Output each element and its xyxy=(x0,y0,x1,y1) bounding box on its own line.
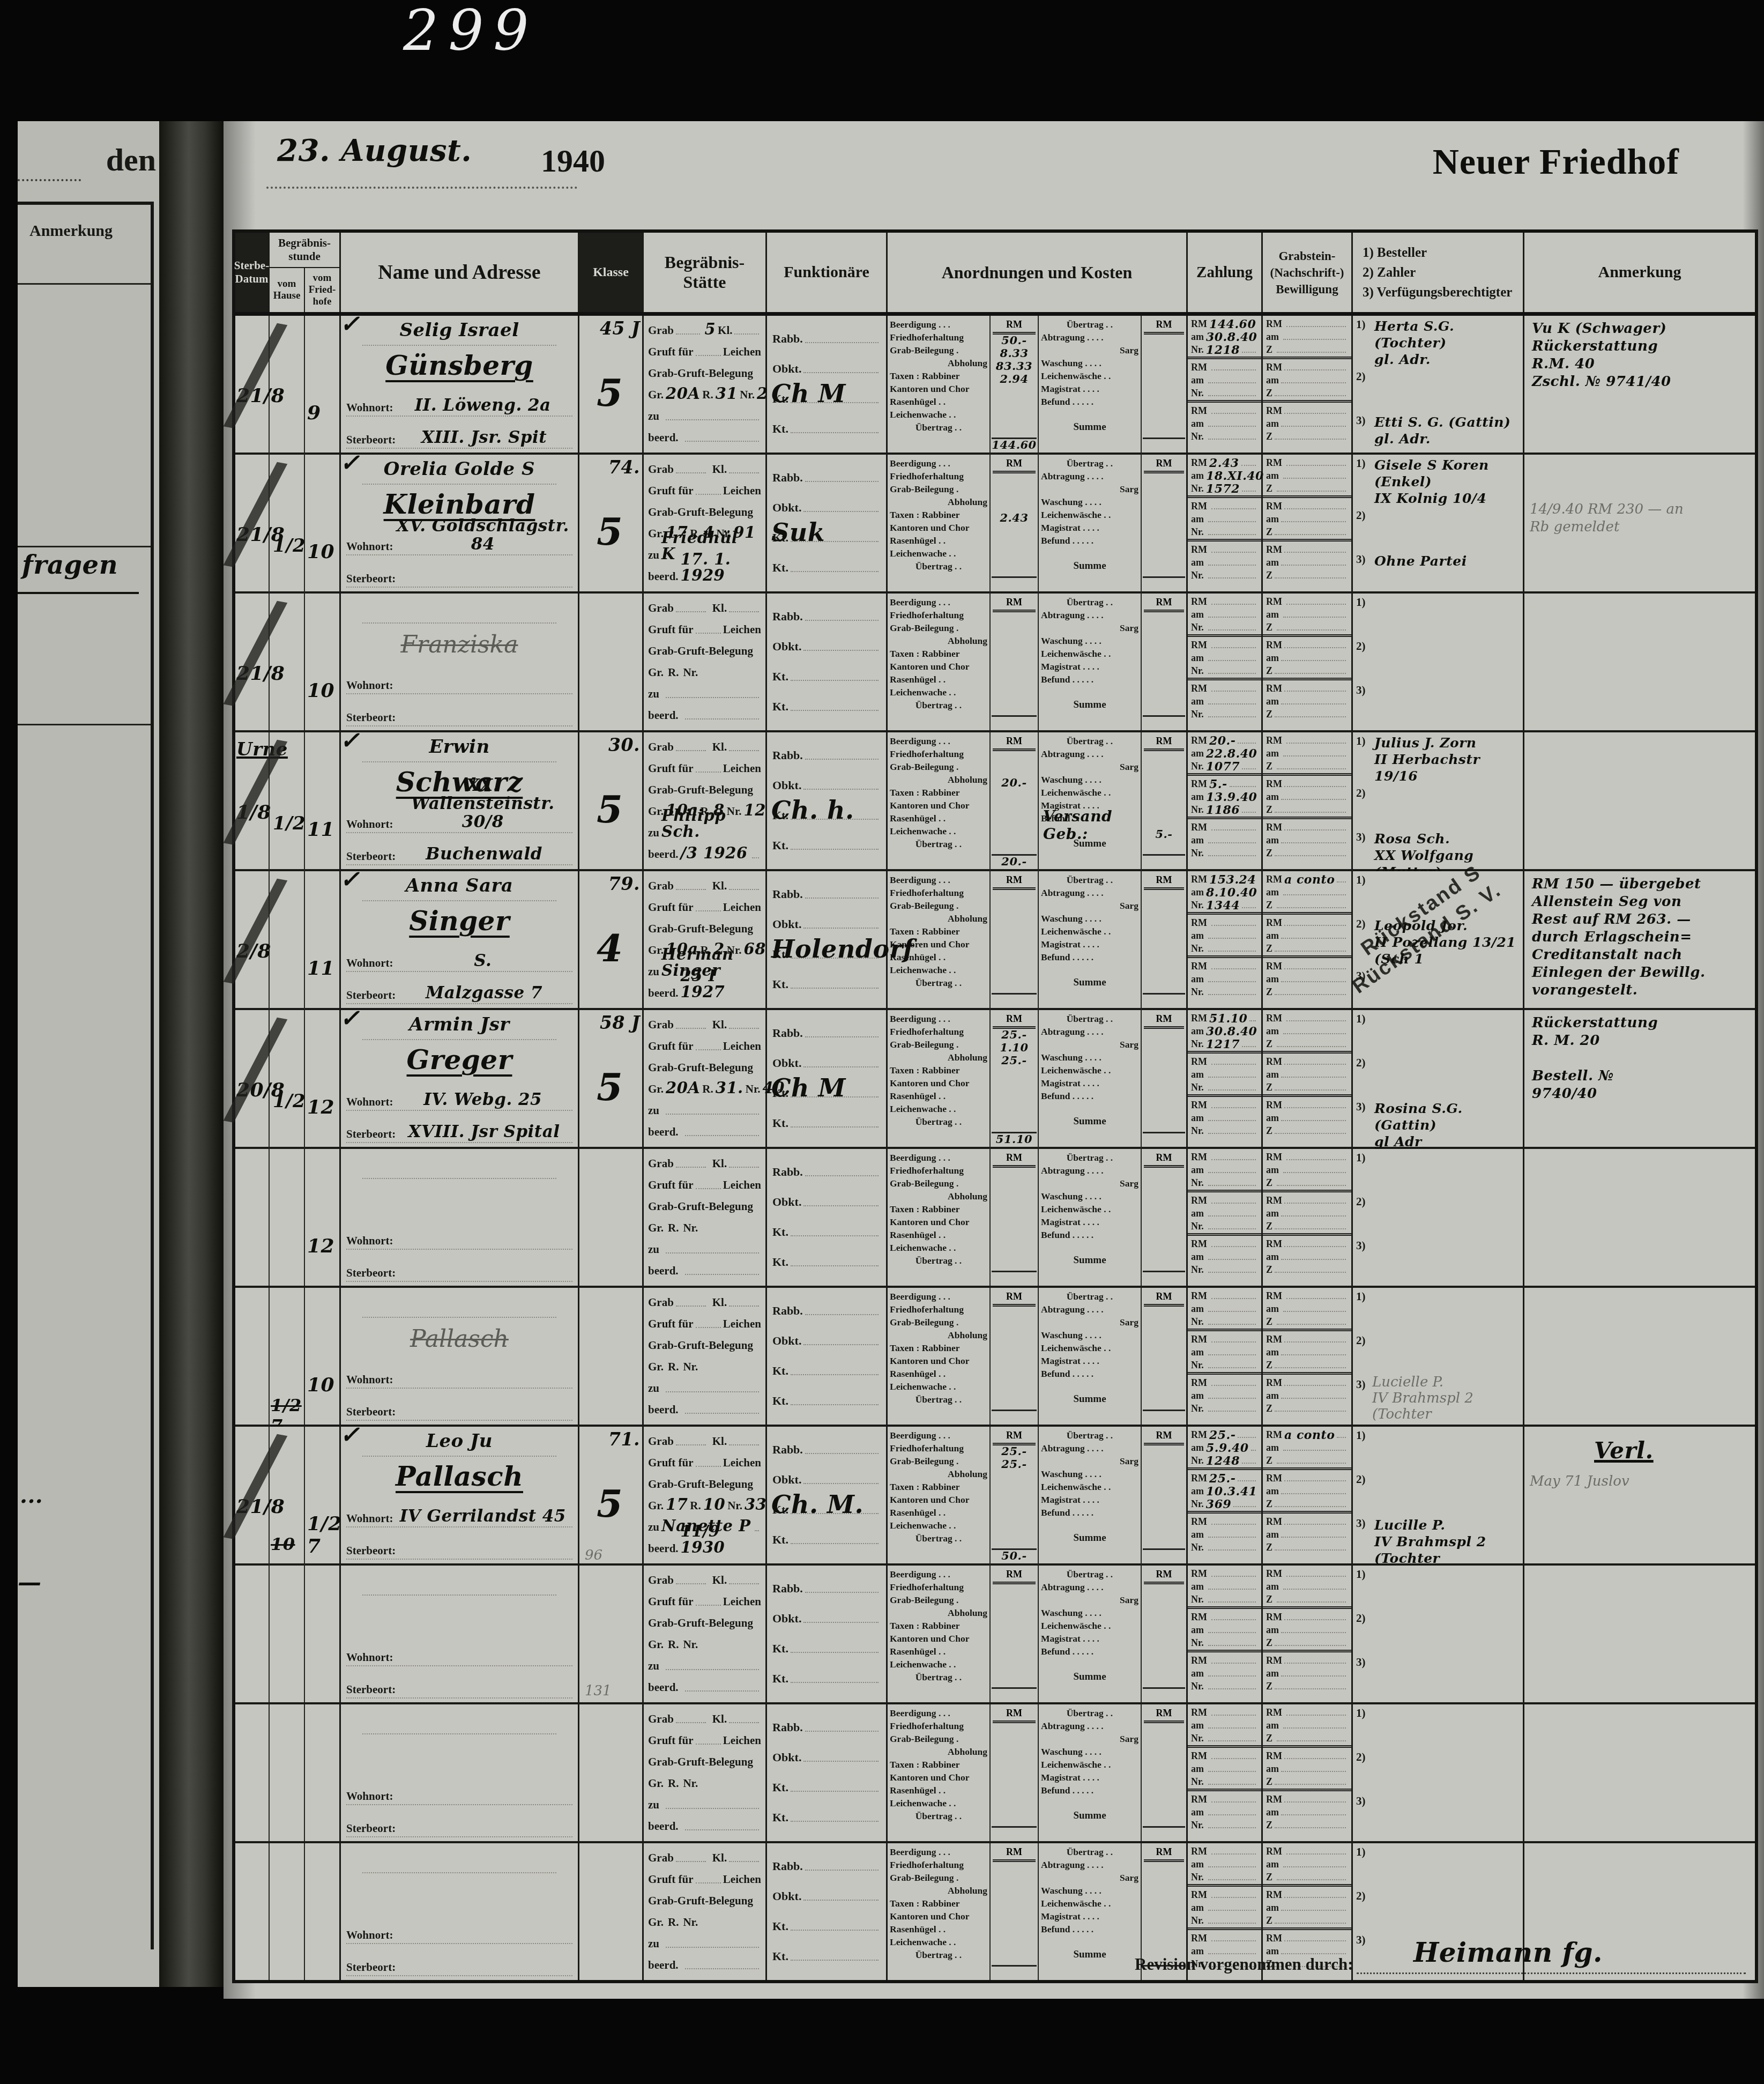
first-name-value: Leo Ju xyxy=(426,1430,493,1452)
uebertrag-value: 20.- xyxy=(992,854,1037,869)
zahlung-am-1: 30.8.40 xyxy=(1206,332,1257,343)
sterbe-datum-value: 2/8 xyxy=(236,940,271,962)
cell-zahlung: RM am Nr. RM am Nr. RM am Nr. xyxy=(1188,1149,1263,1286)
cell-anmerkung: 14/9.40 RM 230 — an Rb gemeldet xyxy=(1524,455,1755,595)
r-label: R. xyxy=(668,1916,679,1929)
cell-kosten-labels-2: Übertrag . . Abtragung . . . . Sarg Wasc… xyxy=(1039,1566,1142,1702)
nr-label: Nr. xyxy=(727,1499,742,1512)
cell-kosten-werte-1: RM xyxy=(991,1566,1039,1702)
row-rule xyxy=(18,724,151,725)
cell-stunde-vom-hause xyxy=(270,1149,305,1286)
grab-label: Grab xyxy=(648,1296,674,1309)
grab-line: Grab Kl. xyxy=(644,1427,765,1448)
stunde-friedhof-value: 11 xyxy=(307,957,334,980)
cell-kosten-labels-1: Beerdigung . . . Friedhoferhaltung Grab-… xyxy=(888,1427,991,1567)
register-row: / Urne 1/8 1/2 11 ✓ Erwin Schwarz Wohnor… xyxy=(235,732,1755,871)
first-name-line xyxy=(362,594,556,624)
cell-funktionaere: Rabb. Obkt. Kt. Kt. xyxy=(767,1566,888,1702)
cell-begraebnis-staette: Grab Kl. Gruft für Leichen Grab-Gruft-Be… xyxy=(644,594,767,730)
anmerkung-ink-value xyxy=(1524,1704,1755,1709)
zahlung-nr-1: 1217 xyxy=(1206,1039,1240,1050)
first-name-line: Armin Jsr xyxy=(362,1010,556,1040)
page-number-handwritten: 299 xyxy=(403,0,539,63)
wohnort-line: Wohnort: xyxy=(346,1912,572,1944)
cell-begraebnis-staette: Grab Kl. Gruft für Leichen Grab-Gruft-Be… xyxy=(644,1288,767,1425)
register-row: / 21/8 10 Franziska Wohnort: Sterbeort: xyxy=(235,594,1755,732)
gruft-line: Gruft für Leichen xyxy=(644,893,765,914)
zahlung-block-1: RM am Nr. xyxy=(1188,1704,1261,1745)
sterbeort-line: Sterbeort: xyxy=(346,1805,572,1837)
zahlung-block-3: RM am Nr. xyxy=(1188,1372,1261,1415)
beerd-value: 17. 1. 1929 xyxy=(681,551,755,583)
belegung-label: Grab-Gruft-Belegung xyxy=(648,783,753,797)
verfuegungsberechtigter-value: Etti S. G. (Gattin) gl. Adr. xyxy=(1374,414,1520,456)
grab-line: Grab Kl. xyxy=(644,594,765,615)
cell-grabstein-bewilligung: RM am Z RM am Z RM am Z xyxy=(1263,594,1353,730)
cell-kosten-labels-2: Übertrag . . Abtragung . . . . Sarg Wasc… xyxy=(1039,455,1142,595)
cell-sterbe-datum: / 21/8 xyxy=(235,594,270,730)
cell-zahlung: RM25.- am5.9.40 Nr.1248 RM25.- am10.3.41… xyxy=(1188,1427,1263,1567)
gruft-line: Gruft für Leichen xyxy=(644,1587,765,1608)
obkt-label: Obkt. xyxy=(772,362,801,376)
ink-mark: ... xyxy=(20,1483,43,1508)
tick-mark: ✓ xyxy=(340,310,360,338)
cell-kosten-labels-2: Übertrag . . Abtragung . . . . Sarg Wasc… xyxy=(1039,732,1142,880)
cell-begraebnis-staette: Grab Kl. Gruft für Leichen Grab-Gruft-Be… xyxy=(644,732,767,880)
beerd-value: /3 1926 xyxy=(681,845,748,861)
surname-line: Singer xyxy=(341,901,578,940)
page-title: Neuer Friedhof xyxy=(1433,140,1679,183)
zu-label: zu xyxy=(648,1521,659,1534)
grabstein-block-3: RM am Z xyxy=(1263,678,1351,721)
cell-besteller: 1) 2) 3) xyxy=(1353,1704,1524,1841)
uebertrag-value: 51.10 xyxy=(992,1132,1037,1146)
rm-column-header: RM xyxy=(993,596,1036,612)
register-row: Wohnort: Sterbeort: Grab Kl. Gruft für xyxy=(235,1704,1755,1843)
grabstein-block-1: RM am Z xyxy=(1263,1010,1351,1051)
zahlung-rm-1: 20.- xyxy=(1209,736,1235,746)
beerd-line: beerd. 11/9 1930 xyxy=(644,1534,765,1555)
cell-klasse xyxy=(579,1704,644,1841)
stunde-friedhof-value: 10 xyxy=(307,540,334,563)
cell-begraebnis-staette: Grab Kl. Gruft für Leichen Grab-Gruft-Be… xyxy=(644,1149,767,1286)
grabstein-block-3: RM am Z xyxy=(1263,955,1351,999)
cell-kosten-labels-1: Beerdigung . . . Friedhoferhaltung Grab-… xyxy=(888,1843,991,1980)
grab-nummer-line: Gr. 20A R. 31. Nr. 40. xyxy=(644,1074,765,1096)
rm-column-header: RM xyxy=(993,457,1036,473)
grabstein-block-2: RM am Z xyxy=(1263,1190,1351,1233)
cell-stunde-vom-friedhofe: 1/2 7 xyxy=(305,1427,341,1567)
cell-name-adresse: Wohnort: Sterbeort: xyxy=(341,1149,579,1286)
belegung-label: Grab-Gruft-Belegung xyxy=(648,644,753,658)
rm-column-header: RM xyxy=(1144,873,1184,890)
cell-anmerkung: Verl. May 71 Juslov xyxy=(1524,1427,1755,1567)
cell-kosten-werte-2: RM xyxy=(1142,1149,1188,1286)
cell-kosten-werte-2: RM xyxy=(1142,1566,1188,1702)
r-value: 31. xyxy=(716,1080,743,1096)
klasse-value: 4 xyxy=(597,926,623,970)
zahlung-block-1: RM25.- am5.9.40 Nr.1248 xyxy=(1188,1427,1261,1467)
cell-grabstein-bewilligung: RM am Z RM am Z RM am Z xyxy=(1263,1010,1353,1150)
wohnort-label: Wohnort: xyxy=(346,1234,393,1248)
rm-column-header: RM xyxy=(1144,1012,1184,1029)
rabb-label: Rabb. xyxy=(772,887,803,901)
gr-label: Gr. xyxy=(648,388,664,402)
belegung-label: Grab-Gruft-Belegung xyxy=(648,922,753,936)
sterbeort-line: Sterbeort: xyxy=(346,1389,572,1421)
surname-struck-value: Pallasch xyxy=(410,1325,509,1353)
age-value: 74. xyxy=(608,457,640,478)
cell-kosten-werte-2: RM xyxy=(1142,1288,1188,1425)
rm-column-header: RM xyxy=(1144,1290,1184,1307)
rm-column-header: RM xyxy=(1144,1151,1184,1168)
rm-column-header: RM xyxy=(993,1429,1036,1445)
stunde-haus-value: 1/2 xyxy=(273,535,306,557)
summe-value xyxy=(1143,1132,1185,1146)
grab-nummer-line: Gr. R. Nr. xyxy=(644,1630,765,1651)
register-row: / 2/8 11 ✓ Anna Sara Singer Wohnort: S. … xyxy=(235,871,1755,1010)
zahlung-block-3: RM am Nr. xyxy=(1188,1233,1261,1277)
underline-stroke xyxy=(18,592,139,594)
wohnort-label: Wohnort: xyxy=(346,1790,393,1803)
surname-line xyxy=(341,1734,578,1773)
register-row: / 21/8 1/2 10 ✓ Orelia Golde S Kleinbard… xyxy=(235,455,1755,594)
cell-funktionaere: Rabb. Obkt. Kt. Kt. Ch. h. xyxy=(767,732,888,880)
zahlung-rm-1: 51.10 xyxy=(1209,1013,1247,1024)
cell-sterbe-datum xyxy=(235,1149,270,1286)
cell-begraebnis-staette: Grab Kl. Gruft für Leichen Grab-Gruft-Be… xyxy=(644,1010,767,1150)
wohnort-label: Wohnort: xyxy=(346,818,393,831)
rabb-label: Rabb. xyxy=(772,610,803,624)
cell-klasse: 74. 5 xyxy=(579,455,644,595)
belegung-line: Grab-Gruft-Belegung xyxy=(644,1192,765,1213)
zahlung-block-1: RM am Nr. xyxy=(1188,1288,1261,1329)
cell-klasse: 131 xyxy=(579,1566,644,1702)
grabstein-block-1: RM am Z xyxy=(1263,1149,1351,1190)
rabb-label: Rabb. xyxy=(772,1582,803,1596)
cell-klasse xyxy=(579,1149,644,1286)
cell-kosten-labels-1: Beerdigung . . . Friedhoferhaltung Grab-… xyxy=(888,316,991,456)
age-value: 45 J xyxy=(600,318,640,339)
beerd-line: beerd. 25 I 1927 xyxy=(644,978,765,1000)
zahlung-block-2: RM am Nr. xyxy=(1188,1190,1261,1233)
gr-label: Gr. xyxy=(648,1638,664,1651)
zahlung-am-1: 30.8.40 xyxy=(1206,1026,1257,1037)
zu-line: zu xyxy=(644,402,765,423)
belegung-label: Grab-Gruft-Belegung xyxy=(648,1339,753,1352)
gr-value: 20A xyxy=(666,1080,700,1096)
cell-kosten-labels-2: Übertrag . . Abtragung . . . . Sarg Wasc… xyxy=(1039,1704,1142,1841)
grabstein-block-1: RMa conto am Z xyxy=(1263,871,1351,912)
rm-column-header: RM xyxy=(1144,457,1184,473)
gruft-line: Gruft für Leichen xyxy=(644,615,765,636)
nr-label: Nr. xyxy=(683,1777,698,1790)
zahler-value xyxy=(1374,1473,1520,1515)
cell-stunde-vom-hause xyxy=(270,316,305,456)
cell-grabstein-bewilligung: RM am Z RM am Z RM am Z xyxy=(1263,732,1353,880)
gr-label: Gr. xyxy=(648,1916,664,1929)
zu-value: Philipp Sch. xyxy=(661,807,755,840)
cell-sterbe-datum xyxy=(235,1288,270,1425)
kt-label: Kt. xyxy=(772,670,788,684)
cell-kosten-labels-1: Beerdigung . . . Friedhoferhaltung Grab-… xyxy=(888,1704,991,1841)
header-vom-hause: vom Hause xyxy=(270,268,305,312)
sterbeort-label: Sterbeort: xyxy=(346,1544,396,1558)
cell-kosten-werte-1: RM 50.- 8.33 83.33 2.94 144.60 xyxy=(991,316,1039,456)
wohnort-value: IV Gerrilandst 45 xyxy=(393,1507,572,1525)
cell-kosten-werte-1: RM xyxy=(991,1149,1039,1286)
zahlung-nr-1: 1077 xyxy=(1206,761,1240,772)
cell-kosten-werte-1: RM 2.43 xyxy=(991,455,1039,595)
wohnort-line: Wohnort: xyxy=(346,1634,572,1666)
cell-besteller: Rückstand S Rückstand S. V. 1) 2)Leopold… xyxy=(1353,871,1524,1011)
header-sterbe-datum: Sterbe- Datum xyxy=(235,233,270,312)
header-klasse: Klasse xyxy=(579,233,644,312)
age-value: 58 J xyxy=(600,1012,640,1033)
beerd-line: beerd. /3 1926 xyxy=(644,840,765,861)
klasse-value: 5 xyxy=(597,370,623,415)
wohnort-label: Wohnort: xyxy=(346,1512,393,1525)
sterbeort-label: Sterbeort: xyxy=(346,1128,396,1141)
leichen-label: Leichen xyxy=(723,1456,761,1470)
grab-line: Grab Kl. xyxy=(644,1843,765,1865)
zahlung-block-2: RM am Nr. xyxy=(1188,1051,1261,1094)
beerd-label: beerd. xyxy=(648,848,679,861)
kosten-handwritten-note: Versand Geb.: xyxy=(1043,807,1141,843)
grabstein-block-3: RM am Z xyxy=(1263,1789,1351,1832)
rabb-label: Rabb. xyxy=(772,1165,803,1179)
surname-line: Günsberg xyxy=(341,346,578,384)
gruft-label: Gruft für xyxy=(648,1178,694,1192)
cell-anmerkung: Rückerstattung R. M. 20 Bestell. № 9740/… xyxy=(1524,1010,1755,1150)
summe-value xyxy=(1143,715,1185,730)
cell-anmerkung xyxy=(1524,1149,1755,1286)
cell-kosten-labels-2: Übertrag . . Abtragung . . . . Sarg Wasc… xyxy=(1039,871,1142,1011)
grabstein-block-1: RM am Z xyxy=(1263,594,1351,634)
table-border-top xyxy=(18,202,153,205)
uebertrag-value xyxy=(992,1271,1037,1285)
belegung-line: Grab-Gruft-Belegung xyxy=(644,1331,765,1352)
beerd-line: beerd. 17. 1. 1929 xyxy=(644,562,765,583)
grab-klasse-value: 5 xyxy=(704,321,716,337)
grab-label: Grab xyxy=(648,1851,674,1865)
zu-label: zu xyxy=(648,1243,659,1256)
revision-line: Revision vorgenommen durch: Heimann fg. xyxy=(1135,1955,1746,1974)
sterbeort-label: Sterbeort: xyxy=(346,1822,396,1835)
sterbe-datum-value: 1/8 xyxy=(236,801,271,824)
klasse-value: 5 xyxy=(597,787,623,832)
summe-value xyxy=(1143,437,1185,452)
surname-line: Pallasch xyxy=(341,1318,578,1356)
kt-label: Kt. xyxy=(772,1919,788,1933)
stunde-friedhof-value: 12 xyxy=(307,1096,334,1118)
zahlung-block-1: RM20.- am22.8.40 Nr.1077 xyxy=(1188,732,1261,773)
kt-label-2: Kt. xyxy=(772,1672,788,1686)
grab-line: Grab Kl. xyxy=(644,455,765,476)
kl-label: Kl. xyxy=(712,1851,727,1865)
grabstein-block-2: RM am Z xyxy=(1263,357,1351,400)
kt-label-2: Kt. xyxy=(772,422,788,436)
obkt-label: Obkt. xyxy=(772,1751,801,1764)
cell-anmerkung: Vu K (Schwager) Rückerstattung R.M. 40 Z… xyxy=(1524,316,1755,456)
cell-klasse xyxy=(579,1843,644,1980)
grabstein-block-1: RM am Z xyxy=(1263,732,1351,773)
zu-line: zu xyxy=(644,1929,765,1950)
klasse-value: 5 xyxy=(597,1065,623,1109)
besteller-pencil-note: Lucielle P. IV Brahmspl 2 (Tochter xyxy=(1372,1374,1473,1422)
age-value: 30. xyxy=(608,735,640,755)
gruft-line: Gruft für Leichen xyxy=(644,1865,765,1886)
leichen-label: Leichen xyxy=(723,1873,761,1886)
rm-column-header: RM xyxy=(1144,1429,1184,1445)
r-value: 31 xyxy=(716,385,738,402)
wohnort-label: Wohnort: xyxy=(346,1373,393,1386)
beerd-label: beerd. xyxy=(648,431,679,444)
cell-zahlung: RM am Nr. RM am Nr. RM am Nr. xyxy=(1188,1566,1263,1702)
zahler-value xyxy=(1374,370,1520,412)
date-handwritten: 23. August. xyxy=(277,133,472,168)
cell-kosten-werte-1: RM xyxy=(991,594,1039,730)
grabstein-rm-1: a conto xyxy=(1284,1430,1335,1441)
kl-label: Kl. xyxy=(712,740,727,754)
cell-funktionaere: Rabb. Obkt. Kt. Kt. Ch M xyxy=(767,316,888,456)
zahlung-block-2: RM am Nr. xyxy=(1188,912,1261,955)
wohnort-line: Wohnort: IV Gerrilandst 45 xyxy=(346,1495,572,1527)
cell-name-adresse: ✓ Armin Jsr Greger Wohnort: IV. Webg. 25… xyxy=(341,1010,579,1150)
cell-begraebnis-staette: Grab Kl. Gruft für Leichen Grab-Gruft-Be… xyxy=(644,1566,767,1702)
cell-kosten-labels-2: Übertrag . . Abtragung . . . . Sarg Wasc… xyxy=(1039,1149,1142,1286)
belegung-label: Grab-Gruft-Belegung xyxy=(648,1061,753,1074)
cell-stunde-vom-hause xyxy=(270,871,305,1011)
register-row: Wohnort: Sterbeort: 131 Grab Kl. Gruft f… xyxy=(235,1566,1755,1704)
cell-stunde-vom-friedhofe: 10 xyxy=(305,594,341,730)
first-name-line: Leo Ju xyxy=(362,1427,556,1457)
beerd-label: beerd. xyxy=(648,1681,679,1694)
rabb-label: Rabb. xyxy=(772,471,803,485)
beerd-label: beerd. xyxy=(648,1959,679,1972)
grab-label: Grab xyxy=(648,1712,674,1726)
zu-label: zu xyxy=(648,410,659,423)
grabstein-block-1: RM am Z xyxy=(1263,316,1351,357)
belegung-line: Grab-Gruft-Belegung xyxy=(644,914,765,936)
grabstein-block-2: RM am Z xyxy=(1263,1745,1351,1789)
cell-kosten-labels-1: Beerdigung . . . Friedhoferhaltung Grab-… xyxy=(888,1149,991,1286)
zahlung-block-1: RM144.60 am30.8.40 Nr.1218 xyxy=(1188,316,1261,357)
leichen-label: Leichen xyxy=(723,484,761,498)
grabstein-block-1: RMa conto am Z xyxy=(1263,1427,1351,1467)
sterbeort-label: Sterbeort: xyxy=(346,572,396,585)
cell-begraebnis-staette: Grab Kl. Gruft für Leichen Grab-Gruft-Be… xyxy=(644,871,767,1011)
cell-begraebnis-staette: Grab Kl. Gruft für Leichen Grab-Gruft-Be… xyxy=(644,1704,767,1841)
surname-line: Schwarz xyxy=(341,762,578,801)
uebertrag-value xyxy=(992,1826,1037,1841)
cell-kosten-werte-1: RM xyxy=(991,1288,1039,1425)
gruft-label: Gruft für xyxy=(648,623,694,636)
zu-label: zu xyxy=(648,965,659,978)
cell-stunde-vom-friedhofe: 11 xyxy=(305,732,341,880)
cell-name-adresse: Franziska Wohnort: Sterbeort: xyxy=(341,594,579,730)
beerd-label: beerd. xyxy=(648,1542,679,1555)
cell-zahlung: RM am Nr. RM am Nr. RM am Nr. xyxy=(1188,594,1263,730)
besteller-value: Gisele S Koren (Enkel) IX Kolnig 10/4 xyxy=(1374,457,1520,507)
gr-label: Gr. xyxy=(648,666,664,679)
zahlung-block-2: RM am Nr. xyxy=(1188,495,1261,539)
kantor-signature: Ch. M. xyxy=(771,1490,864,1519)
surname-line xyxy=(341,1596,578,1634)
zu-line: zu xyxy=(644,1790,765,1812)
header-stunde-top: Begräbnis- stunde xyxy=(270,233,339,268)
sterbeort-label: Sterbeort: xyxy=(346,1266,396,1280)
nr-label: Nr. xyxy=(746,1082,761,1096)
rm-column-header: RM xyxy=(1144,1568,1184,1584)
previous-page-edge: den Anmerkung fragen ... — xyxy=(18,121,160,1987)
wohnort-label: Wohnort: xyxy=(346,1095,393,1109)
wohnort-label: Wohnort: xyxy=(346,401,393,414)
zahler-value xyxy=(1374,1612,1520,1653)
obkt-label: Obkt. xyxy=(772,917,801,931)
zahlung-rm-1: 2.43 xyxy=(1209,458,1239,469)
gr-label: Gr. xyxy=(648,1082,664,1096)
r-label: R. xyxy=(702,388,713,402)
anmerkung-column-header: Anmerkung xyxy=(29,222,113,240)
beerd-label: beerd. xyxy=(648,987,679,1000)
kantor-signature: Holendorf xyxy=(771,935,914,963)
kt-label-2: Kt. xyxy=(772,839,788,852)
table-header: Sterbe- Datum Begräbnis- stunde vom Haus… xyxy=(235,233,1755,316)
rm-column-header: RM xyxy=(993,873,1036,890)
kl-label: Kl. xyxy=(718,324,732,337)
stunde-haus-value: 1/2 xyxy=(273,813,306,834)
rabb-label: Rabb. xyxy=(772,1859,803,1873)
cell-grabstein-bewilligung: RM am Z RM am Z RM am Z xyxy=(1263,1149,1353,1286)
rabb-label: Rabb. xyxy=(772,1026,803,1040)
anmerkung-ink-value xyxy=(1524,1843,1755,1848)
rabb-label: Rabb. xyxy=(772,332,803,346)
klasse-pencil-note: 96 xyxy=(585,1547,602,1563)
gr-value: 17 xyxy=(666,1496,688,1512)
beerd-label: beerd. xyxy=(648,1264,679,1278)
cell-kosten-labels-2: Übertrag . . Abtragung . . . . Sarg Wasc… xyxy=(1039,594,1142,730)
cell-klasse: 79. 4 xyxy=(579,871,644,1011)
cell-begraebnis-staette: Grab Kl. Gruft für Leichen Grab-Gruft-Be… xyxy=(644,455,767,595)
cell-stunde-vom-hause xyxy=(270,1704,305,1841)
beerd-value: 11/9 1930 xyxy=(681,1523,755,1555)
surname-value: Schwarz xyxy=(396,766,523,798)
rabb-label: Rabb. xyxy=(772,1304,803,1318)
wohnort-label: Wohnort: xyxy=(346,679,393,692)
tick-mark: ✓ xyxy=(340,1005,360,1032)
cell-begraebnis-staette: Grab Kl. Gruft für Leichen Grab-Gruft-Be… xyxy=(644,1427,767,1567)
gruft-line: Gruft für Leichen xyxy=(644,337,765,359)
uebertrag-value xyxy=(992,1687,1037,1702)
zahlung-block-2: RM25.- am10.3.41 Nr.369 xyxy=(1188,1467,1261,1511)
tick-mark: ✓ xyxy=(340,866,360,893)
anmerkung-ink-value: Rückerstattung R. M. 20 Bestell. № 9740/… xyxy=(1524,1010,1755,1103)
cell-kosten-labels-2: Übertrag . . Abtragung . . . . Sarg Wasc… xyxy=(1039,1288,1142,1425)
cell-stunde-vom-friedhofe: 10 xyxy=(305,455,341,595)
beerd-line: beerd. xyxy=(644,1673,765,1694)
cell-name-adresse: ✓ Orelia Golde S Kleinbard Wohnort: XV. … xyxy=(341,455,579,595)
zahler-value xyxy=(1374,1334,1520,1376)
beerd-line: beerd. xyxy=(644,1812,765,1833)
cell-stunde-vom-friedhofe: 11 xyxy=(305,871,341,1011)
uebertrag-value xyxy=(992,993,1037,1007)
sterbeort-value: XVIII. Jsr Spital xyxy=(396,1123,572,1141)
register-page: 23. August. 1940 Neuer Friedhof Sterbe- … xyxy=(224,121,1764,1999)
cell-zahlung: RM am Nr. RM am Nr. RM am Nr. xyxy=(1188,1288,1263,1425)
row-rule xyxy=(18,283,151,285)
kl-label: Kl. xyxy=(712,1296,727,1309)
